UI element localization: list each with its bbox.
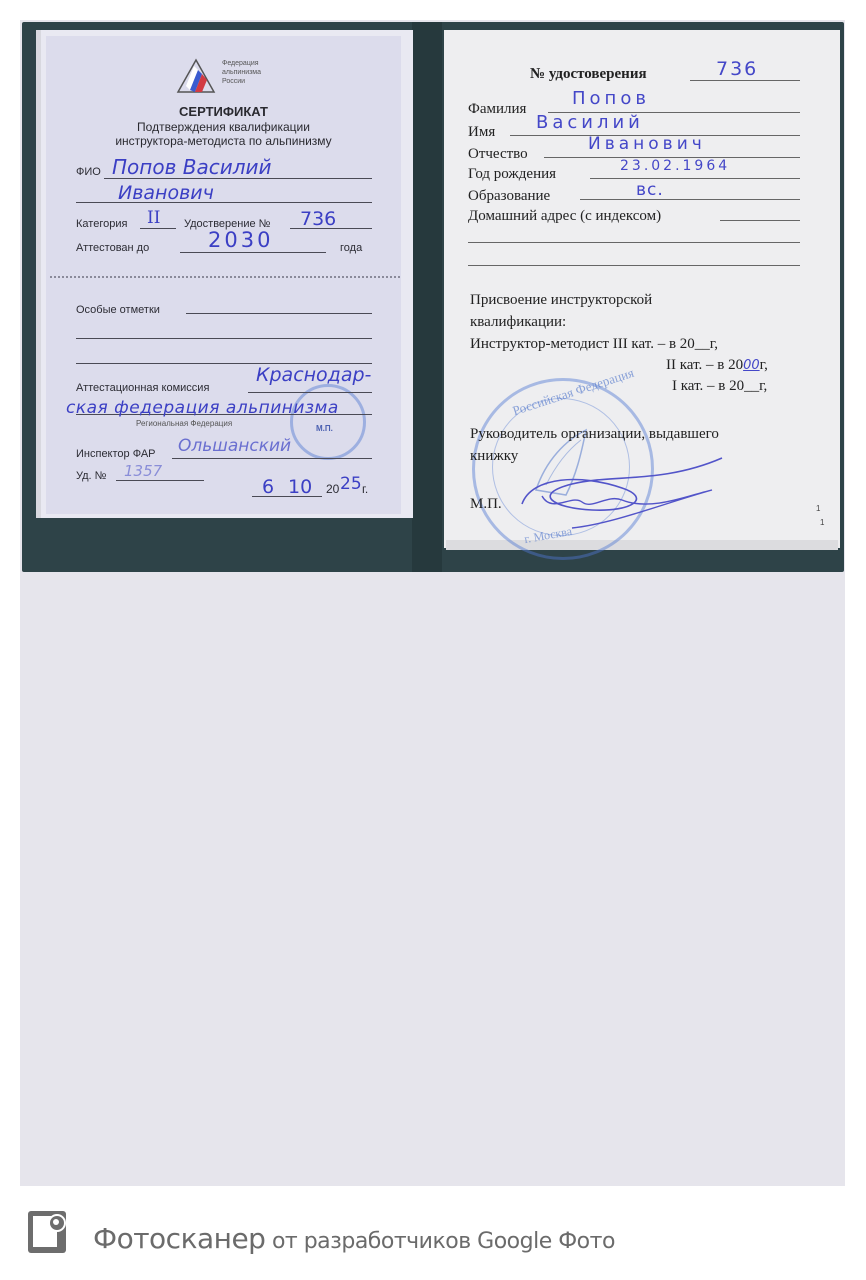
footer-brand: Фотосканер bbox=[93, 1222, 265, 1255]
record-number-value: 736 bbox=[716, 58, 758, 80]
certified-until-value: 2030 bbox=[208, 228, 273, 252]
education-line bbox=[580, 199, 800, 200]
patronymic-value: Иванович bbox=[588, 134, 706, 154]
special-marks-label: Особые отметки bbox=[76, 304, 160, 316]
birth-label: Год рождения bbox=[468, 166, 556, 183]
qualification-row-2-suffix: г, bbox=[760, 357, 768, 373]
education-label: Образование bbox=[468, 188, 550, 205]
commission-line bbox=[248, 392, 372, 393]
page-stack-edge bbox=[446, 540, 838, 550]
inspector-label: Инспектор ФАР bbox=[76, 448, 156, 460]
logo-text: Федерация альпинизма России bbox=[222, 59, 261, 86]
qualification-heading-2: квалификации: bbox=[470, 314, 566, 331]
certified-until-suffix: года bbox=[340, 242, 362, 254]
page-mark: 1 bbox=[816, 504, 820, 513]
category-label: Категория bbox=[76, 218, 127, 230]
fio-label: ФИО bbox=[76, 166, 101, 178]
id-label: Уд. № bbox=[76, 470, 106, 482]
address-line bbox=[720, 220, 800, 221]
address-label: Домашний адрес (с индексом) bbox=[468, 208, 661, 225]
patronymic-label: Отчество bbox=[468, 146, 528, 163]
certificate-subtitle: Подтверждения квалификации bbox=[46, 120, 401, 134]
address-line-2 bbox=[468, 242, 800, 243]
document-spine bbox=[412, 22, 442, 572]
qualification-row-2: II кат. – в 2000г, bbox=[666, 356, 768, 374]
commission-stamp bbox=[290, 384, 366, 460]
logo-line: Федерация bbox=[222, 59, 261, 68]
special-marks-line-2 bbox=[76, 338, 372, 339]
qualification-row-1: I кат. – в 20__г, bbox=[672, 378, 767, 395]
logo-line: альпинизма bbox=[222, 68, 261, 77]
surname-label: Фамилия bbox=[468, 101, 526, 118]
birth-line bbox=[590, 178, 800, 179]
certificate-subtitle: инструктора-методиста по альпинизму bbox=[46, 134, 401, 148]
footer-tagline: от разработчиков Google Фото bbox=[265, 1229, 614, 1254]
category-value: II bbox=[147, 208, 160, 228]
stamp-mark: М.П. bbox=[316, 424, 333, 433]
date-day: 6 bbox=[262, 476, 274, 498]
address-line-3 bbox=[468, 265, 800, 266]
dotted-divider bbox=[50, 276, 400, 278]
commission-value: Краснодар- bbox=[256, 364, 371, 386]
inspector-signature: Ольшанский bbox=[178, 436, 291, 456]
date-year-suffix: 25 bbox=[340, 474, 362, 494]
record-number-line bbox=[690, 80, 800, 81]
footer-branding: Фотосканер от разработчиков Google Фото bbox=[93, 1222, 615, 1255]
logo-line: России bbox=[222, 77, 261, 86]
date-month: 10 bbox=[288, 476, 312, 498]
name-value: Василий bbox=[536, 112, 644, 133]
certificate-number-value: 736 bbox=[300, 208, 336, 230]
id-value: 1357 bbox=[124, 462, 162, 480]
birth-value: 23.02.1964 bbox=[620, 158, 730, 174]
category-line bbox=[140, 228, 176, 229]
photoscan-icon-dot bbox=[53, 1219, 59, 1225]
stamp-mark-right: М.П. bbox=[470, 496, 502, 513]
commission-value-2: ская федерация альпинизма bbox=[66, 398, 339, 418]
qualification-heading: Присвоение инструкторской bbox=[470, 292, 652, 309]
special-marks-line bbox=[186, 313, 372, 314]
commission-label: Аттестационная комиссия bbox=[76, 382, 209, 394]
regional-federation-caption: Региональная Федерация bbox=[136, 419, 232, 428]
date-unit: г. bbox=[362, 482, 368, 496]
certified-until-label: Аттестован до bbox=[76, 242, 149, 254]
fio-value: Попов Василий bbox=[112, 155, 271, 179]
head-signature bbox=[512, 454, 744, 532]
qualification-row-3: Инструктор-методист III кат. – в 20__г, bbox=[470, 336, 718, 353]
qualification-row-2-label: II кат. – в 20 bbox=[666, 357, 743, 373]
record-number-label: № удостоверения bbox=[530, 66, 647, 83]
date-year-prefix: 20 bbox=[326, 482, 339, 496]
qualification-row-2-value: 00 bbox=[743, 358, 760, 373]
education-value: вс. bbox=[636, 180, 664, 200]
head-label: Руководитель организации, выдавшего bbox=[470, 426, 719, 443]
name-label: Имя bbox=[468, 124, 495, 141]
surname-value: Попов bbox=[572, 88, 650, 109]
inspector-line bbox=[172, 458, 372, 459]
fio-value-2: Иванович bbox=[118, 182, 214, 204]
page-mark: 1 bbox=[820, 518, 824, 527]
certified-until-line bbox=[180, 252, 326, 253]
id-line bbox=[116, 480, 204, 481]
certificate-title: СЕРТИФИКАТ bbox=[46, 104, 401, 119]
